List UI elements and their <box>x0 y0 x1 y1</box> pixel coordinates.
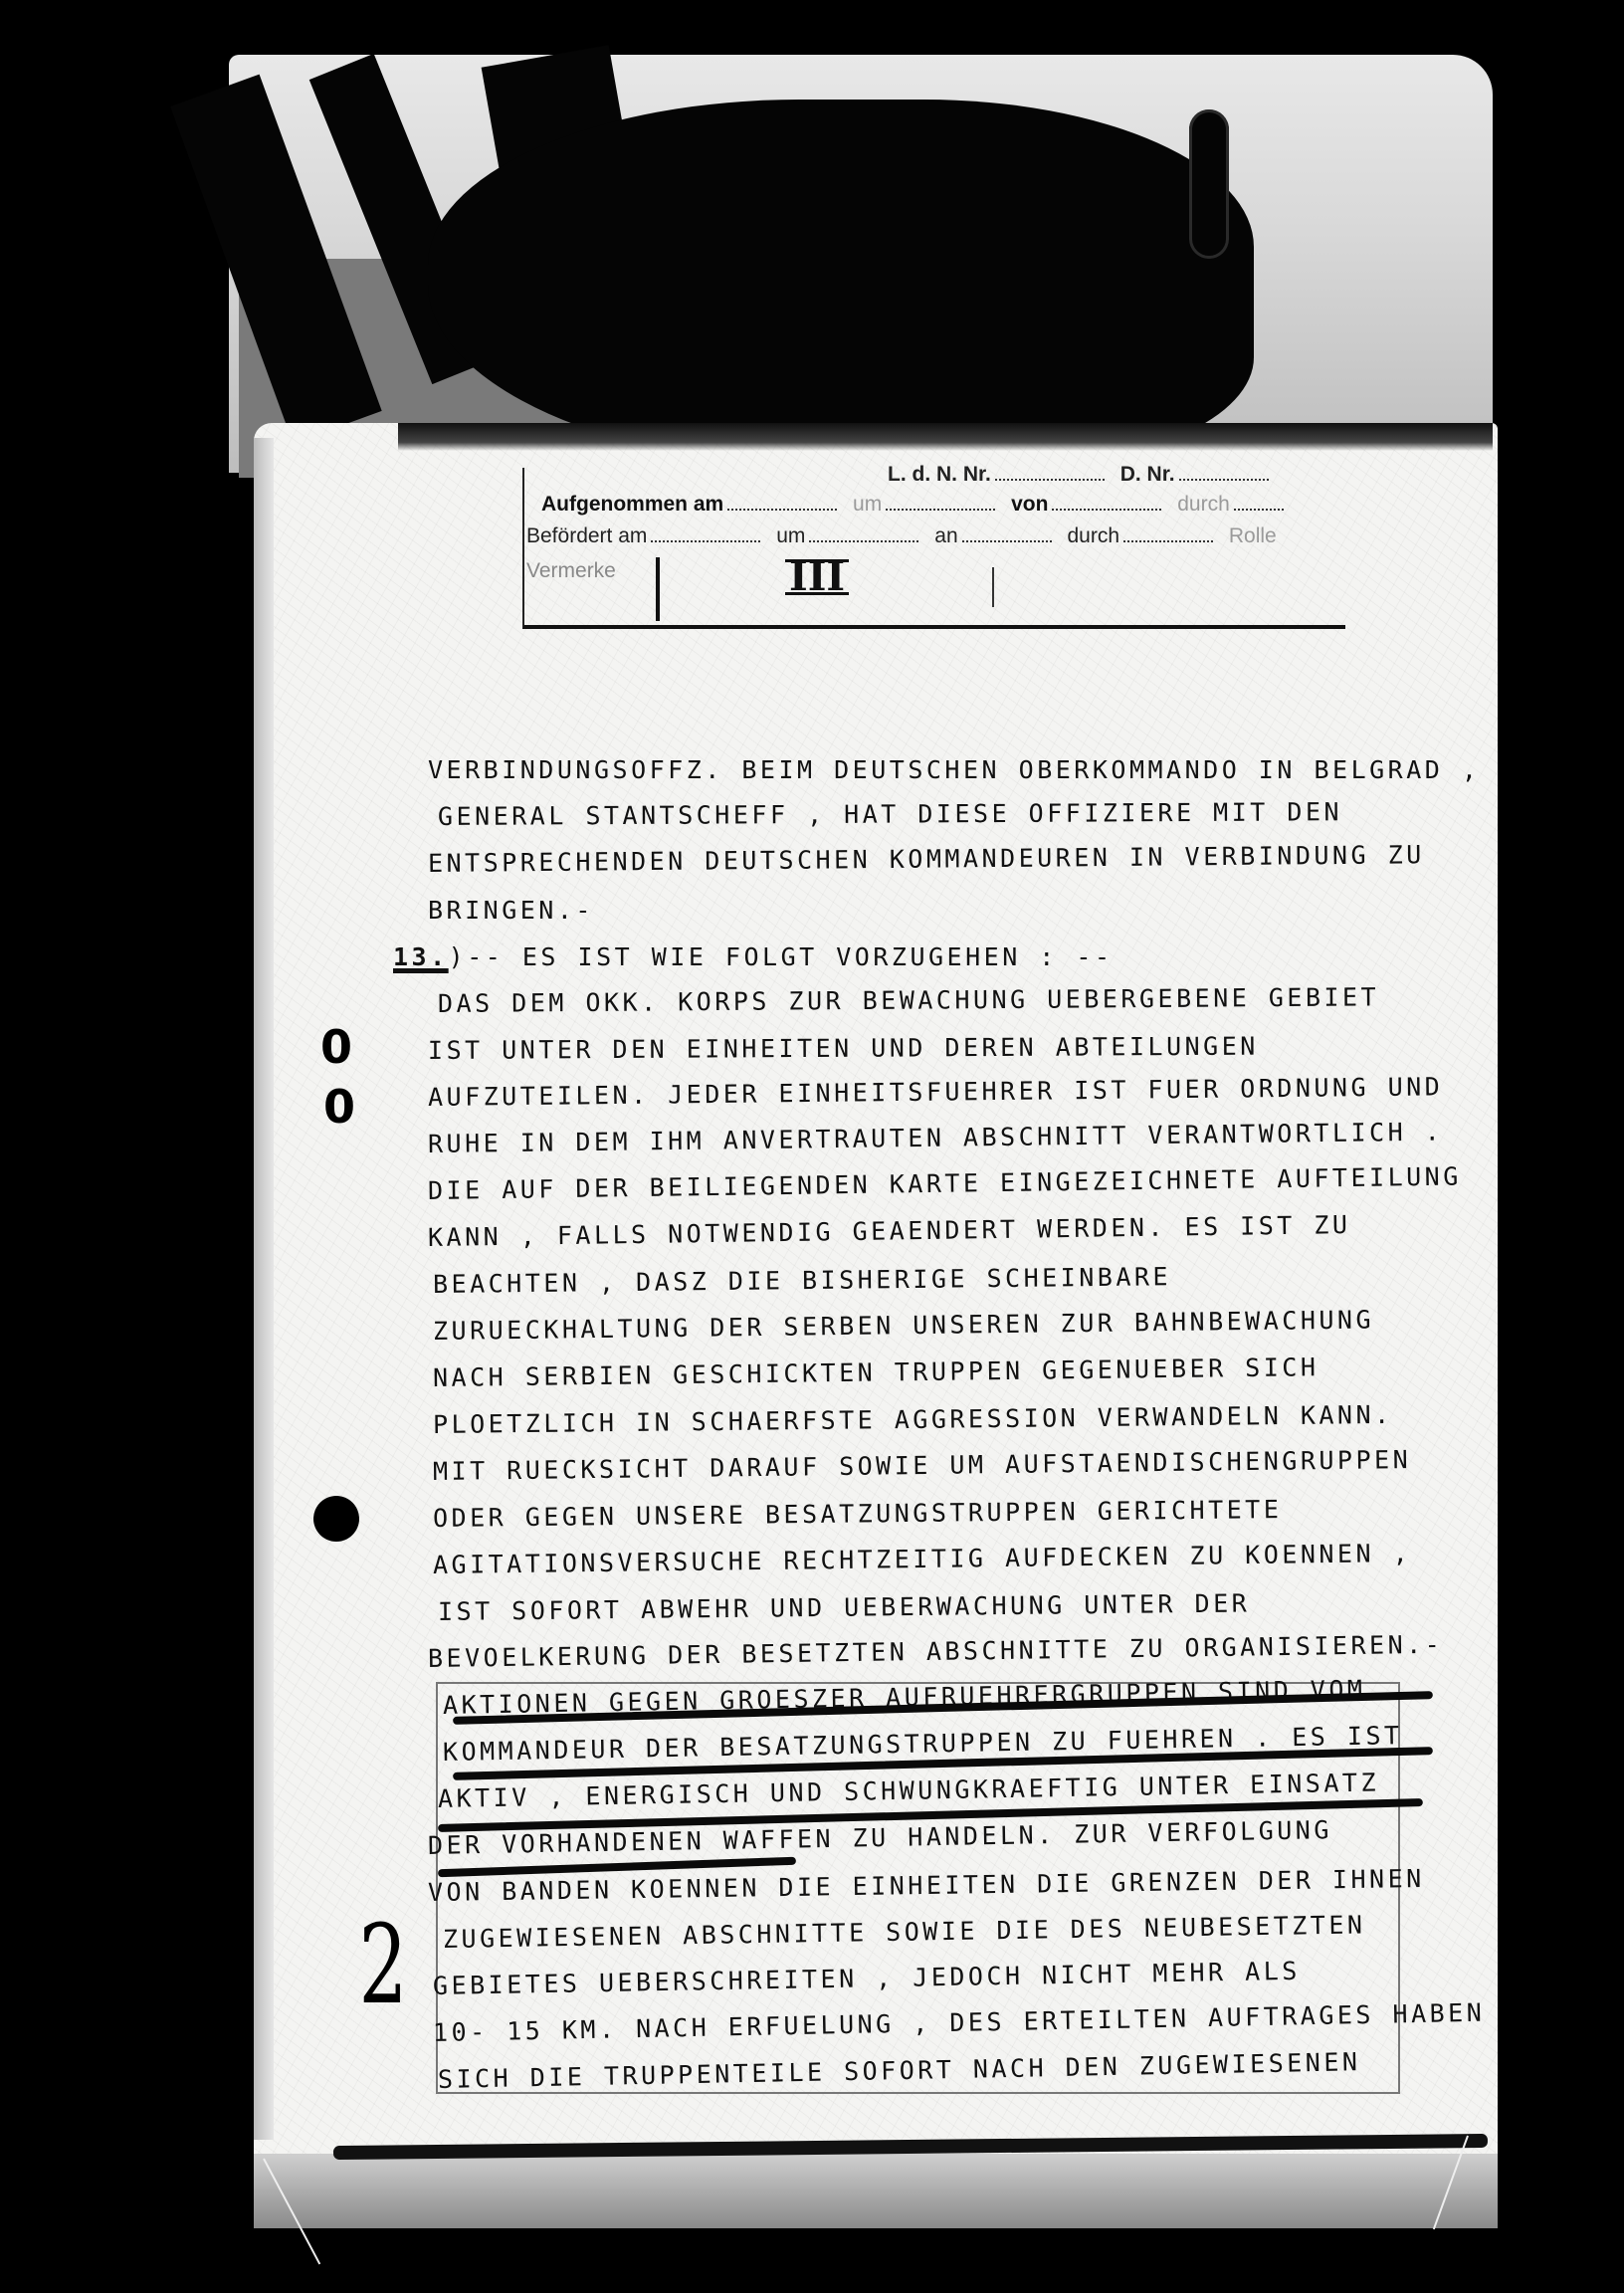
form-field-durch <box>1234 493 1284 511</box>
form-label-um: um <box>853 493 882 517</box>
form-row-forwarded: Befördert am um an durch Rolle <box>526 524 1279 548</box>
body-text-line: ENTSPRECHENDEN DEUTSCHEN KOMMANDEUREN IN… <box>428 840 1483 887</box>
ink-blot <box>313 1496 359 1542</box>
form-row-remarks: Vermerke <box>526 559 618 583</box>
punch-hole-mark: 0 <box>320 1020 352 1074</box>
form-row-received: Aufgenommen am um von durch <box>541 493 1294 517</box>
form-label-durch-2: durch <box>1067 524 1119 548</box>
form-label-befoerdert: Befördert am <box>526 524 647 548</box>
stamp-roman-numeral: III <box>785 559 849 595</box>
form-tick-mark <box>992 567 994 607</box>
body-text-line: MIT RUECKSICHT DARAUF SOWIE UM AUFSTAEND… <box>428 1448 1483 1495</box>
form-field-d-nr <box>1179 463 1269 481</box>
form-label-um-2: um <box>776 524 805 548</box>
camera-knob-shadow <box>1189 109 1229 259</box>
form-label-durch: durch <box>1177 493 1230 517</box>
hand-shadow <box>428 100 1254 468</box>
body-text-line-content: 13.)-- ES IST WIE FOLGT VORZUGEHEN : -- <box>393 934 1114 980</box>
header-form: L. d. N. Nr. D. Nr. Aufgenommen am um vo… <box>522 468 1345 629</box>
form-label-aufgenommen: Aufgenommen am <box>541 493 723 517</box>
body-text-line: BRINGEN.- <box>428 887 1483 934</box>
form-field-von <box>1052 493 1161 511</box>
form-label-von: von <box>1011 493 1048 517</box>
body-text-line-content: ENTSPRECHENDEN DEUTSCHEN KOMMANDEUREN IN… <box>428 831 1425 887</box>
paragraph-number: 13. <box>393 942 449 971</box>
body-text-line: VERBINDUNGSOFFZ. BEIM DEUTSCHEN OBERKOMM… <box>428 746 1483 793</box>
body-text-line-content: BRINGEN.- <box>428 887 594 934</box>
form-field-um <box>886 493 995 511</box>
form-label-rolle: Rolle <box>1229 524 1277 548</box>
body-text-line-content: DAS DEM OKK. KORPS ZUR BEWACHUNG UEBERGE… <box>438 973 1379 1027</box>
body-text-line: SICH DIE TRUPPENTEILE SOFORT NACH DEN ZU… <box>428 2056 1483 2103</box>
sheet-bottom <box>254 2154 1498 2228</box>
form-label-vermerke: Vermerke <box>526 559 616 583</box>
punch-hole-mark: 0 <box>323 1080 355 1134</box>
body-text-line: KANN , FALLS NOTWENDIG GEAENDERT WERDEN.… <box>428 1214 1483 1261</box>
form-field-aufgenommen-date <box>727 493 837 511</box>
form-field-ldn-nr <box>995 463 1105 481</box>
handwritten-page-number: 2 <box>359 1901 408 2028</box>
form-divider <box>656 557 660 621</box>
body-text-line: AGITATIONSVERSUCHE RECHTZEITIG AUFDECKEN… <box>428 1542 1483 1588</box>
form-field-an <box>962 524 1052 542</box>
sheet-left-edge <box>254 438 274 2140</box>
form-label-an: an <box>934 524 957 548</box>
message-body: VERBINDUNGSOFFZ. BEIM DEUTSCHEN OBERKOMM… <box>428 746 1483 2103</box>
body-text-line: DAS DEM OKK. KORPS ZUR BEWACHUNG UEBERGE… <box>428 980 1483 1027</box>
sheet-top-shadow <box>398 423 1493 451</box>
form-field-befoerdert-date <box>651 524 760 542</box>
form-label-d-nr: D. Nr. <box>1120 463 1175 487</box>
body-text-line-content: VERBINDUNGSOFFZ. BEIM DEUTSCHEN OBERKOMM… <box>428 746 1480 793</box>
form-field-durch-2 <box>1123 524 1213 542</box>
form-row-numbers: L. d. N. Nr. D. Nr. <box>888 463 1279 487</box>
form-label-ldn-nr: L. d. N. Nr. <box>888 463 991 487</box>
form-field-um-2 <box>809 524 918 542</box>
